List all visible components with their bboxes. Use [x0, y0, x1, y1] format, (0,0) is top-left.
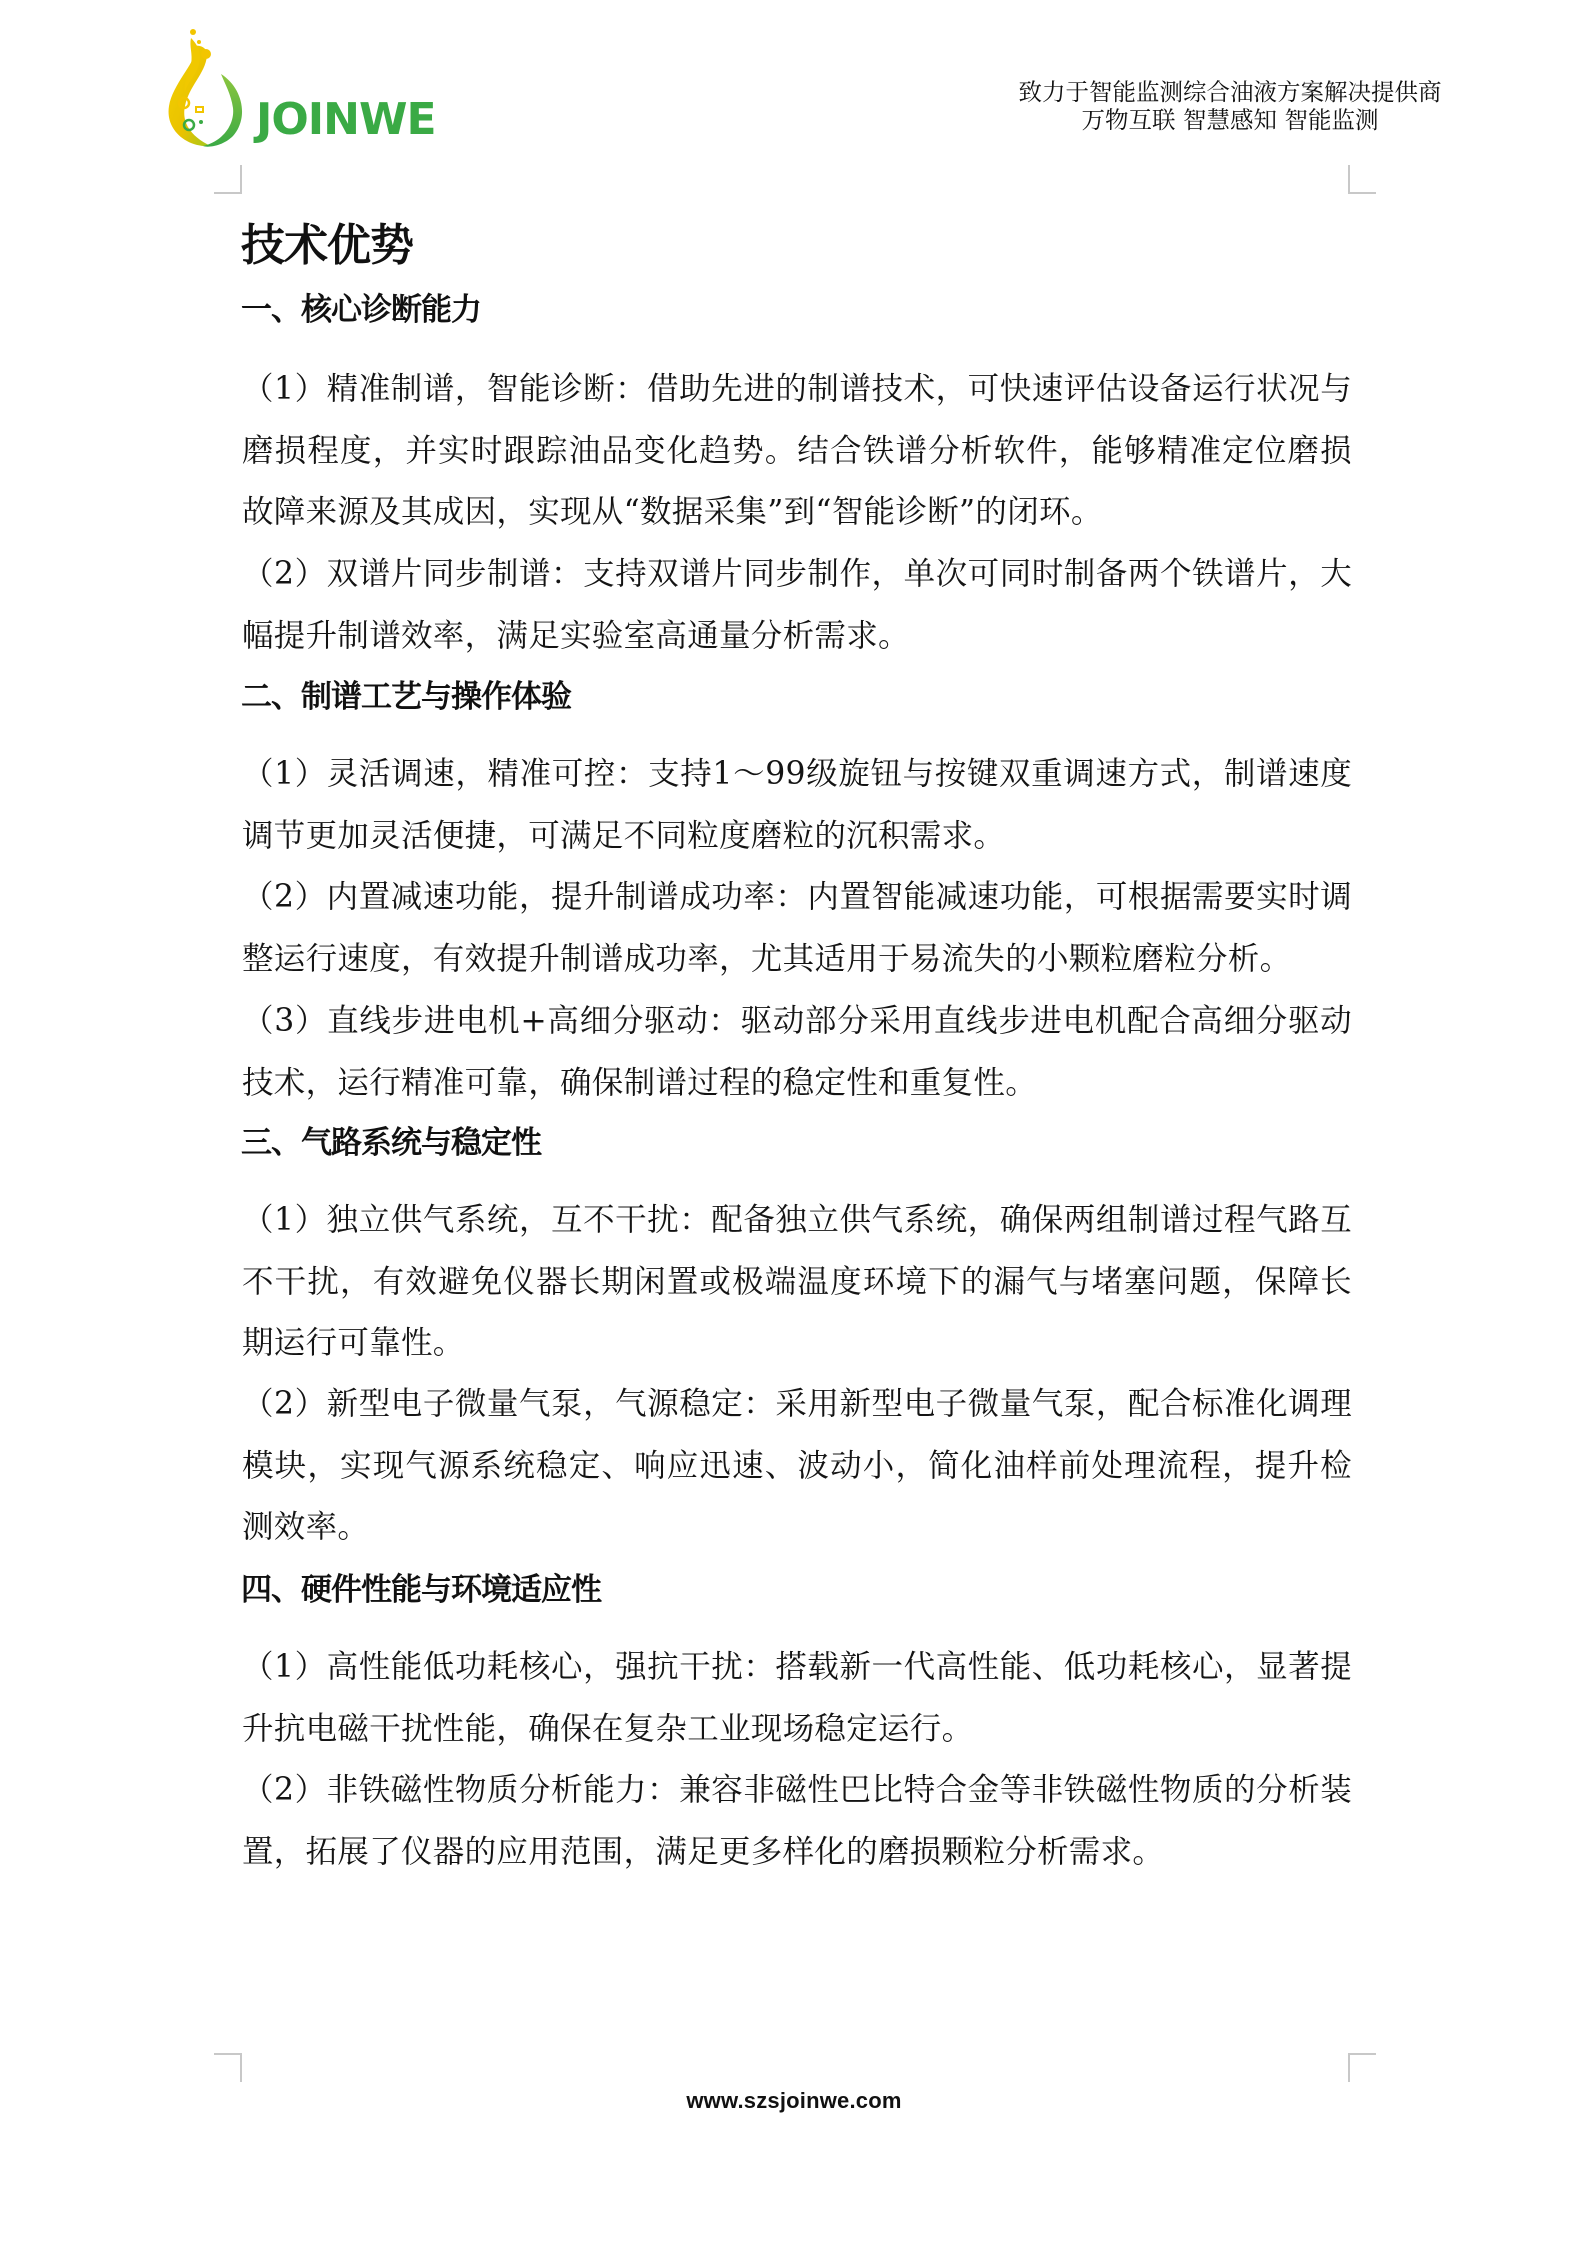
- header-tagline: 致力于智能监测综合油液方案解决提供商 万物互联 智慧感知 智能监测: [960, 78, 1500, 134]
- document-page: JOINWE 致力于智能监测综合油液方案解决提供商 万物互联 智慧感知 智能监测…: [0, 0, 1588, 2245]
- crop-mark-bottom-right: [1348, 2053, 1376, 2082]
- section-heading-4: 四、硬件性能与环境适应性: [241, 1572, 601, 1608]
- crop-mark-top-left: [214, 165, 242, 194]
- oil-drop-logo-icon: [163, 26, 253, 151]
- paragraph: （1）精准制谱，智能诊断：借助先进的制谱技术，可快速评估设备运行状况与磨损程度，…: [242, 359, 1352, 544]
- paragraph: （3）直线步进电机+高细分驱动：驱动部分采用直线步进电机配合高细分驱动技术，运行…: [242, 991, 1352, 1114]
- logo-wordmark: JOINWE: [256, 98, 436, 142]
- paragraph: （2）新型电子微量气泵，气源稳定：采用新型电子微量气泵，配合标准化调理模块，实现…: [242, 1374, 1352, 1559]
- paragraph: （2）双谱片同步制谱：支持双谱片同步制作，单次可同时制备两个铁谱片，大幅提升制谱…: [242, 544, 1352, 667]
- tagline-line-2: 万物互联 智慧感知 智能监测: [960, 106, 1500, 134]
- section-heading-3: 三、气路系统与稳定性: [241, 1125, 541, 1161]
- paragraph: （1）高性能低功耗核心，强抗干扰：搭载新一代高性能、低功耗核心，显著提升抗电磁干…: [242, 1637, 1352, 1760]
- page-title: 技术优势: [241, 222, 413, 270]
- tagline-line-1: 致力于智能监测综合油液方案解决提供商: [960, 78, 1500, 106]
- company-logo: JOINWE: [163, 26, 433, 151]
- section-heading-1: 一、核心诊断能力: [241, 292, 481, 328]
- footer-website-url: www.szsjoinwe.com: [0, 2088, 1588, 2114]
- paragraph: （2）非铁磁性物质分析能力：兼容非磁性巴比特合金等非铁磁性物质的分析装置，拓展了…: [242, 1760, 1352, 1883]
- crop-mark-top-right: [1348, 165, 1376, 194]
- paragraph: （2）内置减速功能，提升制谱成功率：内置智能减速功能，可根据需要实时调整运行速度…: [242, 867, 1352, 990]
- section-heading-2: 二、制谱工艺与操作体验: [241, 679, 571, 715]
- paragraph: （1）灵活调速，精准可控：支持1～99级旋钮与按键双重调速方式，制谱速度调节更加…: [242, 744, 1352, 867]
- crop-mark-bottom-left: [214, 2053, 242, 2082]
- paragraph: （1）独立供气系统，互不干扰：配备独立供气系统，确保两组制谱过程气路互不干扰，有…: [242, 1190, 1352, 1375]
